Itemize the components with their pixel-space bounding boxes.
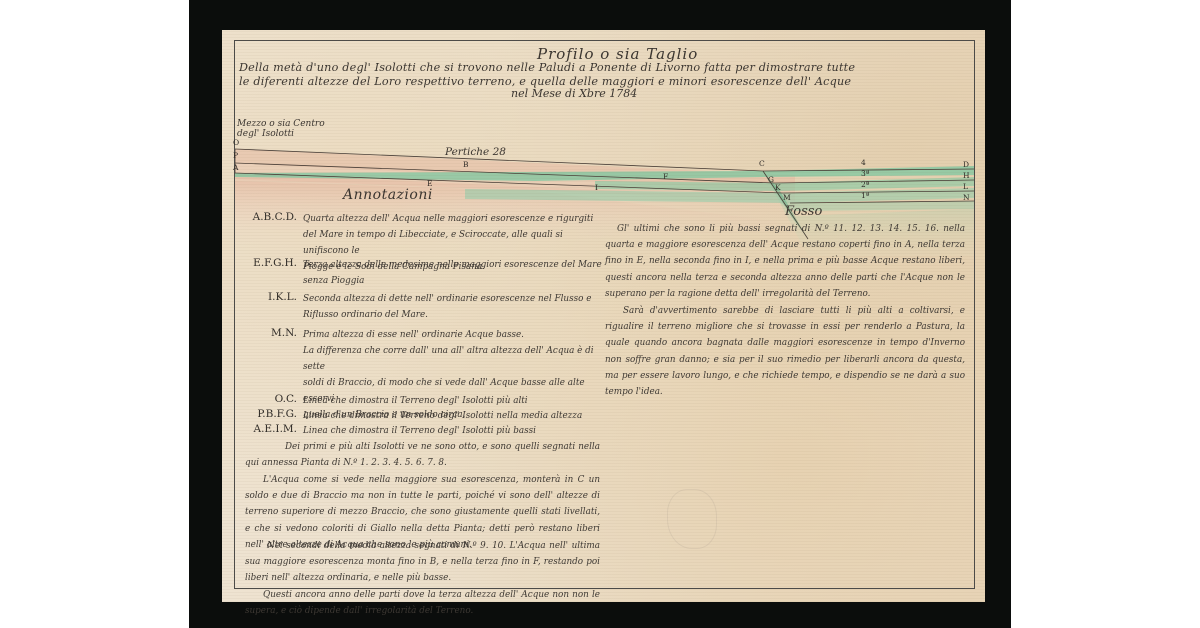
annotation-line: Riflusso ordinario del Mare. bbox=[303, 307, 603, 323]
annotation-key: I.K.L. bbox=[235, 291, 297, 303]
fosso-heading: Fosso bbox=[785, 204, 822, 219]
annotation-text: Terza altezza delle medesime nelle maggi… bbox=[303, 257, 603, 289]
annotation-key: O.C. bbox=[235, 393, 297, 405]
annotation-key: A.B.C.D. bbox=[235, 211, 297, 223]
annotation-line: La differenza che corre dall' una all' a… bbox=[303, 343, 603, 375]
annotation-paragraph-1: Dei primi e più alti Isolotti ve ne sono… bbox=[245, 439, 600, 471]
annotation-text: Seconda altezza di dette nell' ordinarie… bbox=[303, 291, 603, 323]
point-label-b: B bbox=[463, 160, 469, 169]
point-label-n: N bbox=[963, 193, 970, 202]
annotation-line: Linea che dimostra il Terreno degl' Isol… bbox=[303, 408, 603, 424]
level-label-1a: 1ª bbox=[861, 191, 869, 200]
annotation-line: Quarta altezza dell' Acqua nelle maggior… bbox=[303, 211, 603, 227]
annotation-key: M.N. bbox=[235, 327, 297, 339]
point-label-h: H bbox=[963, 171, 970, 180]
level-label-2a: 2ª bbox=[861, 180, 869, 189]
annotation-text: Linea che dimostra il Terreno degl' Isol… bbox=[303, 408, 603, 424]
annotation-text: Linea che dimostra il Terreno degl' Isol… bbox=[303, 393, 603, 409]
point-label-o: O bbox=[233, 138, 239, 147]
level-label-4: 4 bbox=[861, 158, 866, 167]
annotation-line: Prima altezza di esse nell' ordinarie Ac… bbox=[303, 327, 603, 343]
annotazioni-heading: Annotazioni bbox=[343, 187, 433, 203]
point-label-i: I bbox=[595, 183, 598, 192]
level-label-3a: 3ª bbox=[861, 169, 869, 178]
manuscript-sheet: Profilo o sia Taglio Della metà d'uno de… bbox=[222, 30, 985, 602]
annotation-key: P.B.F.G. bbox=[235, 408, 297, 420]
point-label-k: K bbox=[775, 183, 781, 192]
annotation-text: Linea che dimostra il Terreno degl' Isol… bbox=[303, 423, 603, 439]
annotation-line: Linea che dimostra il Terreno degl' Isol… bbox=[303, 423, 603, 439]
annotation-line: Seconda altezza di dette nell' ordinarie… bbox=[303, 291, 603, 307]
point-label-a: A bbox=[233, 163, 238, 172]
annotation-key: A.E.I.M. bbox=[235, 423, 297, 435]
annotation-paragraph-3: Nei secondi della media altezza segnati … bbox=[245, 538, 600, 587]
point-label-l: L bbox=[963, 182, 968, 191]
annotation-paragraph-4: Questi ancora anno delle parti dove la t… bbox=[245, 587, 600, 619]
annotation-line: Linea che dimostra il Terreno degl' Isol… bbox=[303, 393, 603, 409]
annotation-key: E.F.G.H. bbox=[235, 257, 297, 269]
annotation-line: del Mare in tempo di Libecciate, e Sciro… bbox=[303, 227, 603, 259]
point-label-c: C bbox=[759, 159, 765, 168]
fosso-paragraph-2: Sarà d'avvertimento sarebbe di lasciare … bbox=[605, 303, 965, 400]
annotation-line: Terza altezza delle medesime nelle maggi… bbox=[303, 257, 603, 273]
point-label-m: M bbox=[783, 193, 791, 202]
fosso-paragraph-1: Gl' ultimi che sono li più bassi segnati… bbox=[605, 221, 965, 302]
point-label-p: P bbox=[233, 151, 238, 160]
drawing-frame: Profilo o sia Taglio Della metà d'uno de… bbox=[234, 40, 975, 589]
point-label-d: D bbox=[963, 160, 969, 169]
annotation-line: senza Pioggia bbox=[303, 273, 603, 289]
point-label-f: F bbox=[663, 172, 668, 181]
point-label-g: G bbox=[768, 175, 774, 184]
paper-watermark bbox=[667, 489, 717, 549]
